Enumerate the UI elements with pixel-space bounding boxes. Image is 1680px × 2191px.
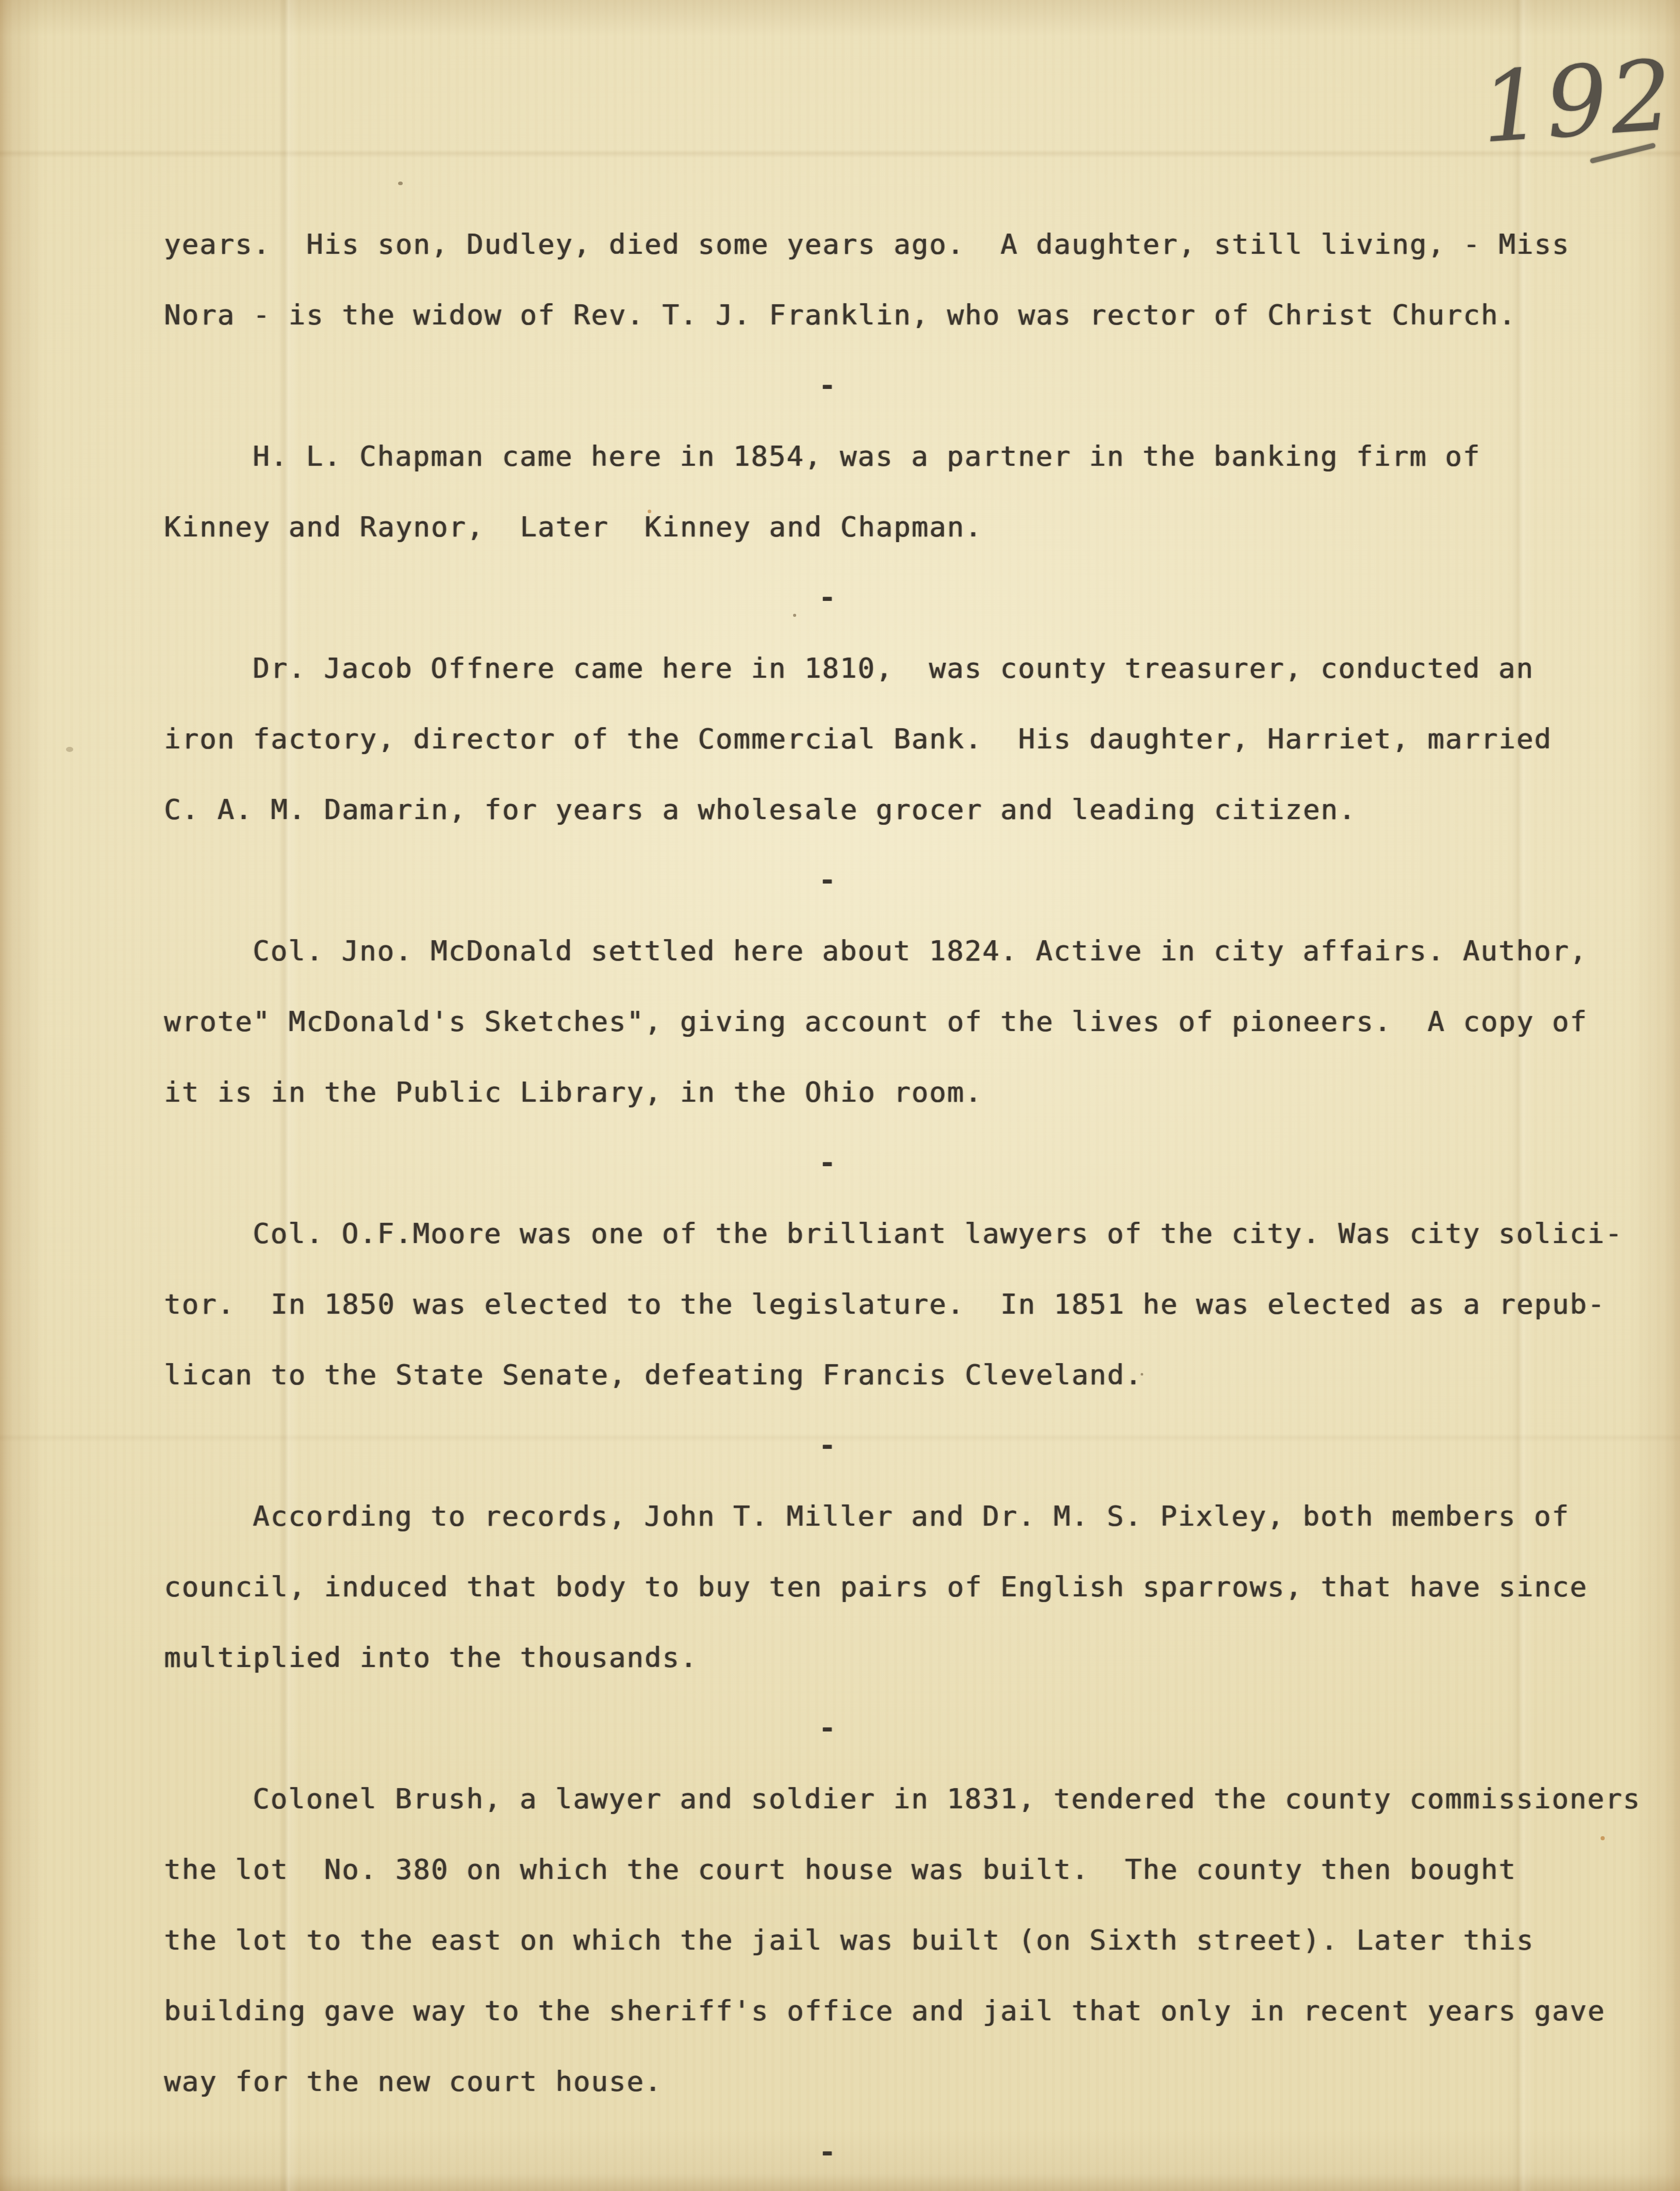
typed-line: H. L. Chapman came here in 1854, was a p… bbox=[164, 421, 1584, 492]
separator-dash: - bbox=[118, 1693, 1538, 1763]
typed-line: the lot No. 380 on which the court house… bbox=[164, 1834, 1584, 1905]
typed-line: Nora - is the widow of Rev. T. J. Frankl… bbox=[164, 280, 1584, 350]
paragraph: Col. Jno. McDonald settled here about 18… bbox=[164, 915, 1584, 1127]
paragraph: Dr. Jacob Offnere came here in 1810, was… bbox=[164, 633, 1584, 845]
separator-dash: - bbox=[118, 845, 1538, 915]
typed-line: council, induced that body to buy ten pa… bbox=[164, 1551, 1584, 1622]
typed-line: wrote" McDonald's Sketches", giving acco… bbox=[164, 986, 1584, 1057]
typed-line: way for the new court house. bbox=[164, 2046, 1584, 2117]
typed-line: iron factory, director of the Commercial… bbox=[164, 704, 1584, 774]
separator-dash: - bbox=[118, 1127, 1538, 1198]
scanned-typescript-page: 192 years. His son, Dudley, died some ye… bbox=[0, 0, 1680, 2191]
typed-line: Col. O.F.Moore was one of the brilliant … bbox=[164, 1198, 1584, 1269]
typed-line: lican to the State Senate, defeating Fra… bbox=[164, 1339, 1584, 1410]
separator-dash: - bbox=[118, 2117, 1538, 2187]
paragraph: years. His son, Dudley, died some years … bbox=[164, 209, 1584, 350]
paragraph: According to records, John T. Miller and… bbox=[164, 1481, 1584, 1693]
typed-line: Dr. Jacob Offnere came here in 1810, was… bbox=[164, 633, 1584, 704]
typed-line: multiplied into the thousands. bbox=[164, 1622, 1584, 1693]
typed-text-column: years. His son, Dudley, died some years … bbox=[0, 209, 1680, 2187]
paragraph: Colonel Brush, a lawyer and soldier in 1… bbox=[164, 1763, 1584, 2117]
typed-line: Col. Jno. McDonald settled here about 18… bbox=[164, 915, 1584, 986]
typed-line: it is in the Public Library, in the Ohio… bbox=[164, 1057, 1584, 1127]
typed-line: Colonel Brush, a lawyer and soldier in 1… bbox=[164, 1763, 1584, 1834]
typed-line: Kinney and Raynor, Later Kinney and Chap… bbox=[164, 492, 1584, 562]
separator-dash: - bbox=[118, 350, 1538, 421]
typed-line: years. His son, Dudley, died some years … bbox=[164, 209, 1584, 280]
separator-dash: - bbox=[118, 562, 1538, 633]
typed-line: building gave way to the sheriff's offic… bbox=[164, 1975, 1584, 2046]
paragraph: Col. O.F.Moore was one of the brilliant … bbox=[164, 1198, 1584, 1410]
paragraph: H. L. Chapman came here in 1854, was a p… bbox=[164, 421, 1584, 562]
typed-line: the lot to the east on which the jail wa… bbox=[164, 1905, 1584, 1975]
paper-speck bbox=[398, 182, 403, 185]
typed-line: According to records, John T. Miller and… bbox=[164, 1481, 1584, 1551]
separator-dash: - bbox=[118, 1410, 1538, 1481]
typed-line: C. A. M. Damarin, for years a wholesale … bbox=[164, 774, 1584, 845]
typed-line: tor. In 1850 was elected to the legislat… bbox=[164, 1269, 1584, 1339]
